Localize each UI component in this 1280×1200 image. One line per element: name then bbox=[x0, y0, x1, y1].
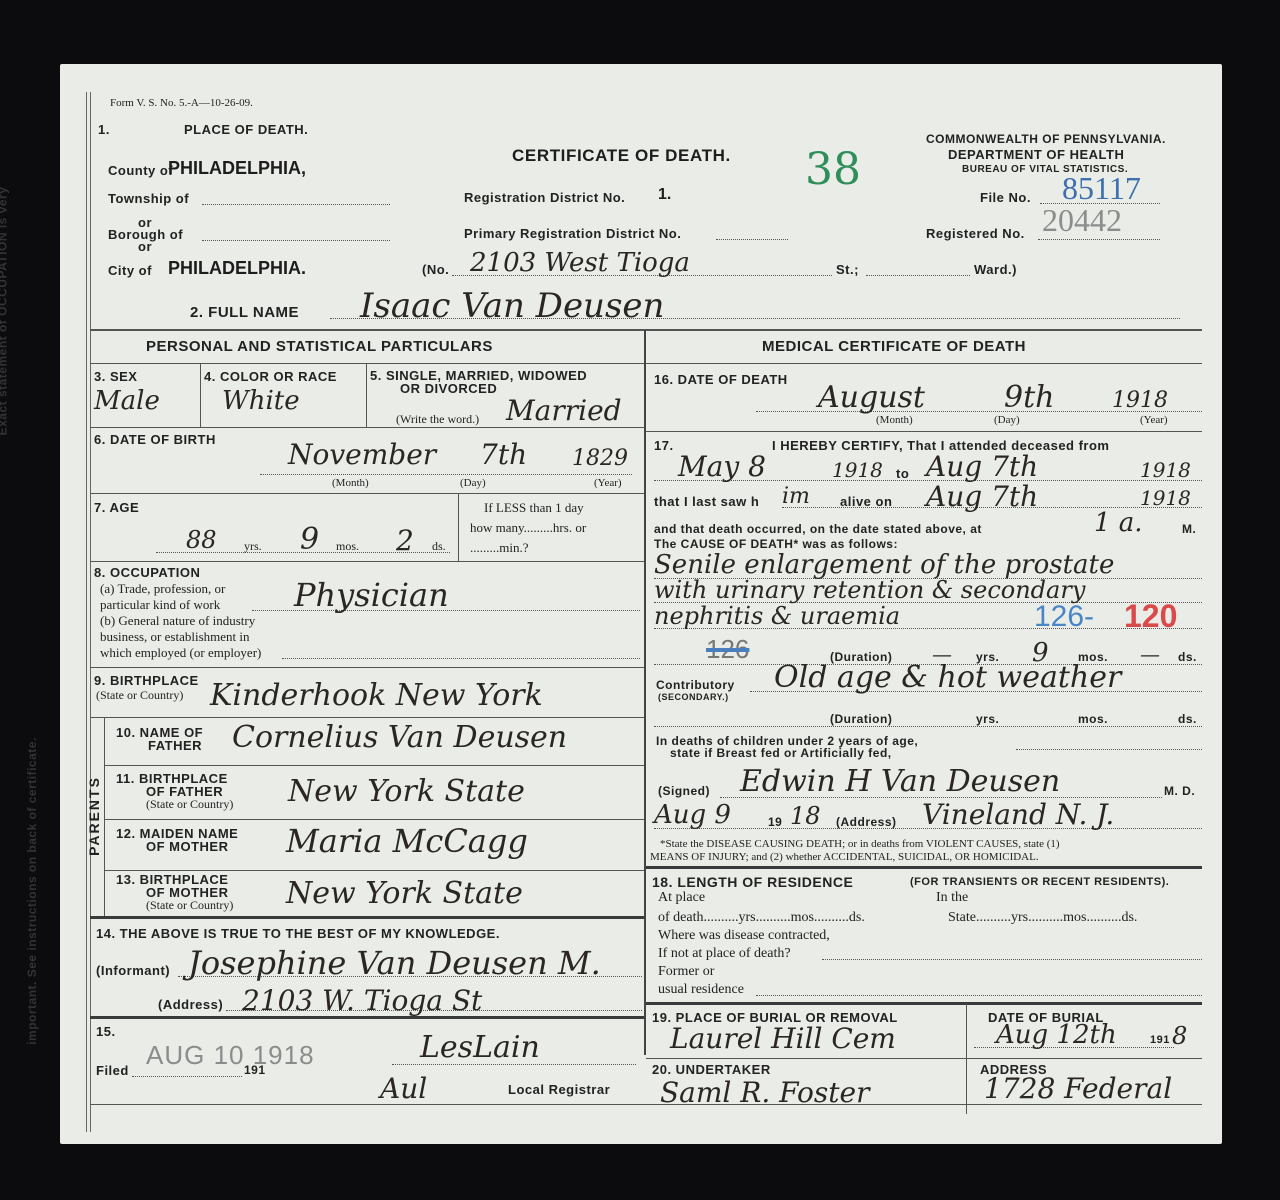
mother-maiden-label-2: OF MOTHER bbox=[146, 839, 229, 854]
contracted-1: Where was disease contracted, bbox=[658, 928, 830, 944]
marital-hint: (Write the word.) bbox=[396, 412, 479, 427]
column-divider bbox=[644, 330, 646, 1055]
dob-year: 1829 bbox=[572, 446, 628, 471]
last-saw-year: 1918 bbox=[1140, 486, 1191, 510]
divider bbox=[90, 667, 644, 668]
yrs-label: yrs. bbox=[244, 539, 262, 554]
parents-divider bbox=[104, 717, 105, 919]
informant-label: (Informant) bbox=[96, 963, 170, 978]
informant-address-label: (Address) bbox=[158, 997, 223, 1012]
medical-heading: MEDICAL CERTIFICATE OF DEATH bbox=[762, 338, 1026, 355]
dob-field bbox=[260, 474, 632, 475]
birthplace-hint: (State or Country) bbox=[96, 688, 183, 703]
md-suffix: M. D. bbox=[1164, 784, 1195, 798]
divider bbox=[90, 561, 644, 562]
informant-value: Josephine Van Deusen M. bbox=[188, 944, 601, 982]
last-saw-pronoun: im bbox=[782, 484, 810, 509]
commonwealth-label: COMMONWEALTH OF PENNSYLVANIA. bbox=[926, 132, 1166, 146]
at-place-2: of death..........yrs..........mos......… bbox=[658, 910, 865, 926]
dod-year-caption: (Year) bbox=[1140, 414, 1168, 426]
registrar-signature: LesLain bbox=[420, 1030, 540, 1065]
divider bbox=[646, 1058, 1202, 1059]
registrar-label: Local Registrar bbox=[508, 1082, 610, 1097]
signed-year-prefix: 19 bbox=[768, 815, 782, 829]
death-time: 1 a. bbox=[1094, 508, 1143, 538]
mother-maiden-value: Maria McCagg bbox=[286, 822, 528, 860]
divider bbox=[90, 329, 1202, 331]
primary-district-label: Primary Registration District No. bbox=[464, 226, 681, 241]
undertaker-label: 20. UNDERTAKER bbox=[652, 1062, 771, 1077]
filed-field bbox=[132, 1076, 242, 1077]
burial-place-value: Laurel Hill Cem bbox=[670, 1022, 896, 1055]
day-caption: (Day) bbox=[460, 477, 486, 489]
divider bbox=[104, 870, 644, 871]
attended-from-year: 1918 bbox=[832, 458, 883, 482]
attended-to: Aug 7th bbox=[926, 450, 1038, 483]
primary-district-field bbox=[716, 239, 788, 240]
divider bbox=[90, 1016, 644, 1019]
contributory-duration-label: (Duration) bbox=[830, 712, 892, 726]
age-months: 9 bbox=[300, 522, 319, 557]
occupation-value: Physician bbox=[294, 576, 449, 614]
occupation-a1: (a) Trade, profession, or bbox=[100, 581, 225, 597]
marital-value: Married bbox=[506, 394, 622, 427]
children-field bbox=[1016, 749, 1202, 750]
dod-day: 9th bbox=[1004, 380, 1054, 415]
in-state-2: State..........yrs..........mos.........… bbox=[948, 910, 1137, 926]
full-name-label: 2. FULL NAME bbox=[190, 304, 299, 321]
cause-code-struck: 126 bbox=[706, 634, 749, 665]
section-number: 1. bbox=[98, 122, 110, 137]
divider bbox=[90, 493, 644, 494]
dob-day: 7th bbox=[480, 438, 527, 471]
margin-rule bbox=[86, 92, 87, 1132]
contributory-value: Old age & hot weather bbox=[774, 660, 1121, 695]
borough-field bbox=[202, 240, 390, 241]
burial-year-prefix: 191 bbox=[1150, 1034, 1170, 1046]
form-number: Form V. S. No. 5.-A—10-26-09. bbox=[110, 97, 253, 109]
filed-year-prefix: 191 bbox=[244, 1063, 266, 1077]
death-time-text: and that death occurred, on the date sta… bbox=[654, 522, 982, 536]
county-value: PHILADELPHIA, bbox=[168, 158, 306, 179]
father-name-value: Cornelius Van Deusen bbox=[232, 720, 567, 755]
divider bbox=[104, 765, 644, 766]
file-no-label: File No. bbox=[980, 190, 1031, 205]
divider bbox=[646, 431, 1202, 432]
mos-label: mos. bbox=[336, 539, 359, 554]
divider bbox=[646, 866, 1202, 869]
divider bbox=[90, 363, 644, 364]
ward-field bbox=[866, 275, 970, 276]
in-state-1: In the bbox=[936, 890, 968, 906]
department-label: DEPARTMENT OF HEALTH bbox=[948, 147, 1124, 162]
signed-year: 18 bbox=[790, 802, 821, 830]
death-certificate: Exact statement of OCCUPATION is very im… bbox=[60, 64, 1222, 1144]
city-value: PHILADELPHIA. bbox=[168, 258, 306, 279]
margin-note-bottom: important. See instructions on back of c… bbox=[25, 737, 39, 1045]
contracted-2: If not at place of death? bbox=[658, 946, 791, 962]
duration-ds: ds. bbox=[1178, 650, 1197, 664]
parents-side-label: PARENTS bbox=[86, 776, 102, 856]
father-name-label-2: FATHER bbox=[148, 738, 202, 753]
personal-heading: PERSONAL AND STATISTICAL PARTICULARS bbox=[146, 338, 493, 355]
former-1: Former or bbox=[658, 964, 714, 980]
cause-line-2: with urinary retention & secondary bbox=[654, 576, 1085, 604]
place-of-death-heading: PLACE OF DEATH. bbox=[184, 122, 308, 137]
registrar-initials: Aul bbox=[380, 1072, 427, 1105]
mother-birthplace-hint: (State or Country) bbox=[146, 898, 233, 913]
age-years: 88 bbox=[186, 526, 217, 554]
dod-label: 16. DATE OF DEATH bbox=[654, 372, 788, 387]
less-than-day-1: If LESS than 1 day bbox=[484, 500, 584, 516]
ds-label: ds. bbox=[432, 539, 446, 554]
divider bbox=[458, 493, 459, 561]
divider bbox=[646, 363, 1202, 364]
former-field bbox=[756, 995, 1202, 996]
township-field bbox=[202, 204, 390, 205]
registration-district-label: Registration District No. bbox=[464, 190, 625, 205]
attended-to-year: 1918 bbox=[1140, 458, 1191, 482]
divider bbox=[104, 819, 644, 820]
city-label: City of bbox=[108, 263, 152, 278]
duration-days: — bbox=[1140, 642, 1160, 666]
signed-date: Aug 9 bbox=[654, 800, 731, 830]
at-place-1: At place bbox=[658, 890, 705, 906]
age-days: 2 bbox=[396, 524, 414, 557]
full-name-value: Isaac Van Deusen bbox=[360, 286, 664, 326]
residence-sub-label: (FOR TRANSIENTS OR RECENT RESIDENTS). bbox=[910, 876, 1169, 888]
or-label: or bbox=[138, 239, 152, 254]
divider bbox=[366, 363, 367, 427]
occupation-b1: (b) General nature of industry bbox=[100, 613, 255, 629]
death-time-suffix: M. bbox=[1182, 522, 1196, 536]
divider bbox=[90, 427, 644, 428]
registered-number-stamp: 20442 bbox=[1042, 202, 1122, 239]
divider bbox=[90, 717, 644, 718]
filed-label: Filed bbox=[96, 1063, 129, 1078]
dod-year: 1918 bbox=[1112, 388, 1168, 413]
alive-on-label: alive on bbox=[840, 494, 892, 509]
contributory-duration-yrs: yrs. bbox=[976, 712, 999, 726]
age-label: 7. AGE bbox=[94, 500, 139, 515]
race-value: White bbox=[222, 386, 300, 416]
cause-line-3: nephritis & uraemia bbox=[654, 602, 900, 630]
attended-from: May 8 bbox=[678, 450, 766, 483]
cause-code-blue: 126- bbox=[1034, 600, 1094, 634]
filed-stamp: AUG 10 1918 bbox=[146, 1040, 315, 1071]
contracted-field bbox=[822, 959, 1202, 960]
birthplace-label: 9. BIRTHPLACE bbox=[94, 673, 199, 688]
street-no-label: (No. bbox=[422, 262, 449, 277]
year-caption: (Year) bbox=[594, 477, 622, 489]
certificate-title: CERTIFICATE OF DEATH. bbox=[512, 146, 731, 166]
contributory-duration-field bbox=[654, 726, 1202, 727]
signed-label: (Signed) bbox=[658, 784, 710, 798]
divider bbox=[90, 916, 644, 919]
dod-month: August bbox=[818, 380, 925, 415]
cause-label: The CAUSE OF DEATH* was as follows: bbox=[654, 537, 898, 551]
less-than-day-3: .........min.? bbox=[470, 540, 529, 556]
registered-no-label: Registered No. bbox=[926, 226, 1025, 241]
registration-district-value: 1. bbox=[658, 186, 671, 204]
last-saw-prefix: that I last saw h bbox=[654, 494, 759, 509]
birthplace-value: Kinderhook New York bbox=[210, 678, 543, 713]
dob-month: November bbox=[288, 438, 436, 471]
undertaker-value: Saml R. Foster bbox=[660, 1076, 870, 1109]
father-birthplace-value: New York State bbox=[288, 774, 525, 809]
township-label: Township of bbox=[108, 191, 189, 206]
contributory-label: Contributory bbox=[656, 678, 735, 692]
cause-code-red: 120 bbox=[1124, 598, 1177, 635]
sex-label: 3. SEX bbox=[94, 369, 137, 384]
contributory-duration-mos: mos. bbox=[1078, 712, 1108, 726]
race-label: 4. COLOR OR RACE bbox=[204, 369, 337, 384]
burial-year: 8 bbox=[1172, 1022, 1187, 1050]
occupation-b3: which employed (or employer) bbox=[100, 645, 261, 661]
children-note-2: state if Breast fed or Artificially fed, bbox=[670, 746, 892, 760]
ward-label: Ward.) bbox=[974, 262, 1017, 277]
occupation-label: 8. OCCUPATION bbox=[94, 565, 200, 580]
medical-address-label: (Address) bbox=[836, 815, 897, 829]
signed-value: Edwin H Van Deusen bbox=[740, 764, 1060, 799]
employer-field bbox=[282, 658, 640, 659]
informant-address-value: 2103 W. Tioga St bbox=[242, 984, 482, 1017]
mother-birthplace-value: New York State bbox=[286, 876, 523, 911]
green-annotation: 38 bbox=[805, 144, 861, 195]
father-birthplace-hint: (State or Country) bbox=[146, 797, 233, 812]
footnote-1: *State the DISEASE CAUSING DEATH; or in … bbox=[660, 838, 1060, 850]
month-caption: (Month) bbox=[332, 477, 369, 489]
divider bbox=[646, 1002, 1202, 1005]
street-address: 2103 West Tioga bbox=[470, 248, 690, 278]
medical-address-value: Vineland N. J. bbox=[922, 798, 1114, 831]
contributory-duration-ds: ds. bbox=[1178, 712, 1197, 726]
certify-number: 17. bbox=[654, 438, 674, 453]
occupation-a2: particular kind of work bbox=[100, 597, 220, 613]
dod-day-caption: (Day) bbox=[994, 414, 1020, 426]
informant-heading: 14. THE ABOVE IS TRUE TO THE BEST OF MY … bbox=[96, 926, 500, 941]
to-label: to bbox=[896, 466, 909, 481]
county-label: County of bbox=[108, 163, 173, 178]
former-2: usual residence bbox=[658, 982, 744, 998]
registered-no-field bbox=[1038, 239, 1160, 240]
margin-rule bbox=[90, 92, 91, 1132]
residence-label: 18. LENGTH OF RESIDENCE bbox=[652, 874, 853, 890]
filing-section-number: 15. bbox=[96, 1024, 116, 1039]
dod-month-caption: (Month) bbox=[876, 414, 913, 426]
divider bbox=[200, 363, 201, 427]
divider bbox=[966, 1004, 967, 1114]
margin-note-top: Exact statement of OCCUPATION is very bbox=[0, 187, 9, 436]
marital-label-2: OR DIVORCED bbox=[400, 381, 497, 396]
occupation-b2: business, or establishment in bbox=[100, 629, 250, 645]
last-saw-date: Aug 7th bbox=[926, 480, 1038, 513]
footnote-2: MEANS OF INJURY; and (2) whether ACCIDEN… bbox=[650, 851, 1039, 863]
undertaker-address-value: 1728 Federal bbox=[984, 1072, 1172, 1105]
dob-label: 6. DATE OF BIRTH bbox=[94, 432, 216, 447]
burial-date-value: Aug 12th bbox=[996, 1020, 1117, 1050]
street-suffix: St.; bbox=[836, 262, 859, 277]
contributory-sub: (SECONDARY.) bbox=[658, 692, 729, 702]
less-than-day-2: how many.........hrs. or bbox=[470, 520, 586, 536]
sex-value: Male bbox=[94, 386, 160, 416]
